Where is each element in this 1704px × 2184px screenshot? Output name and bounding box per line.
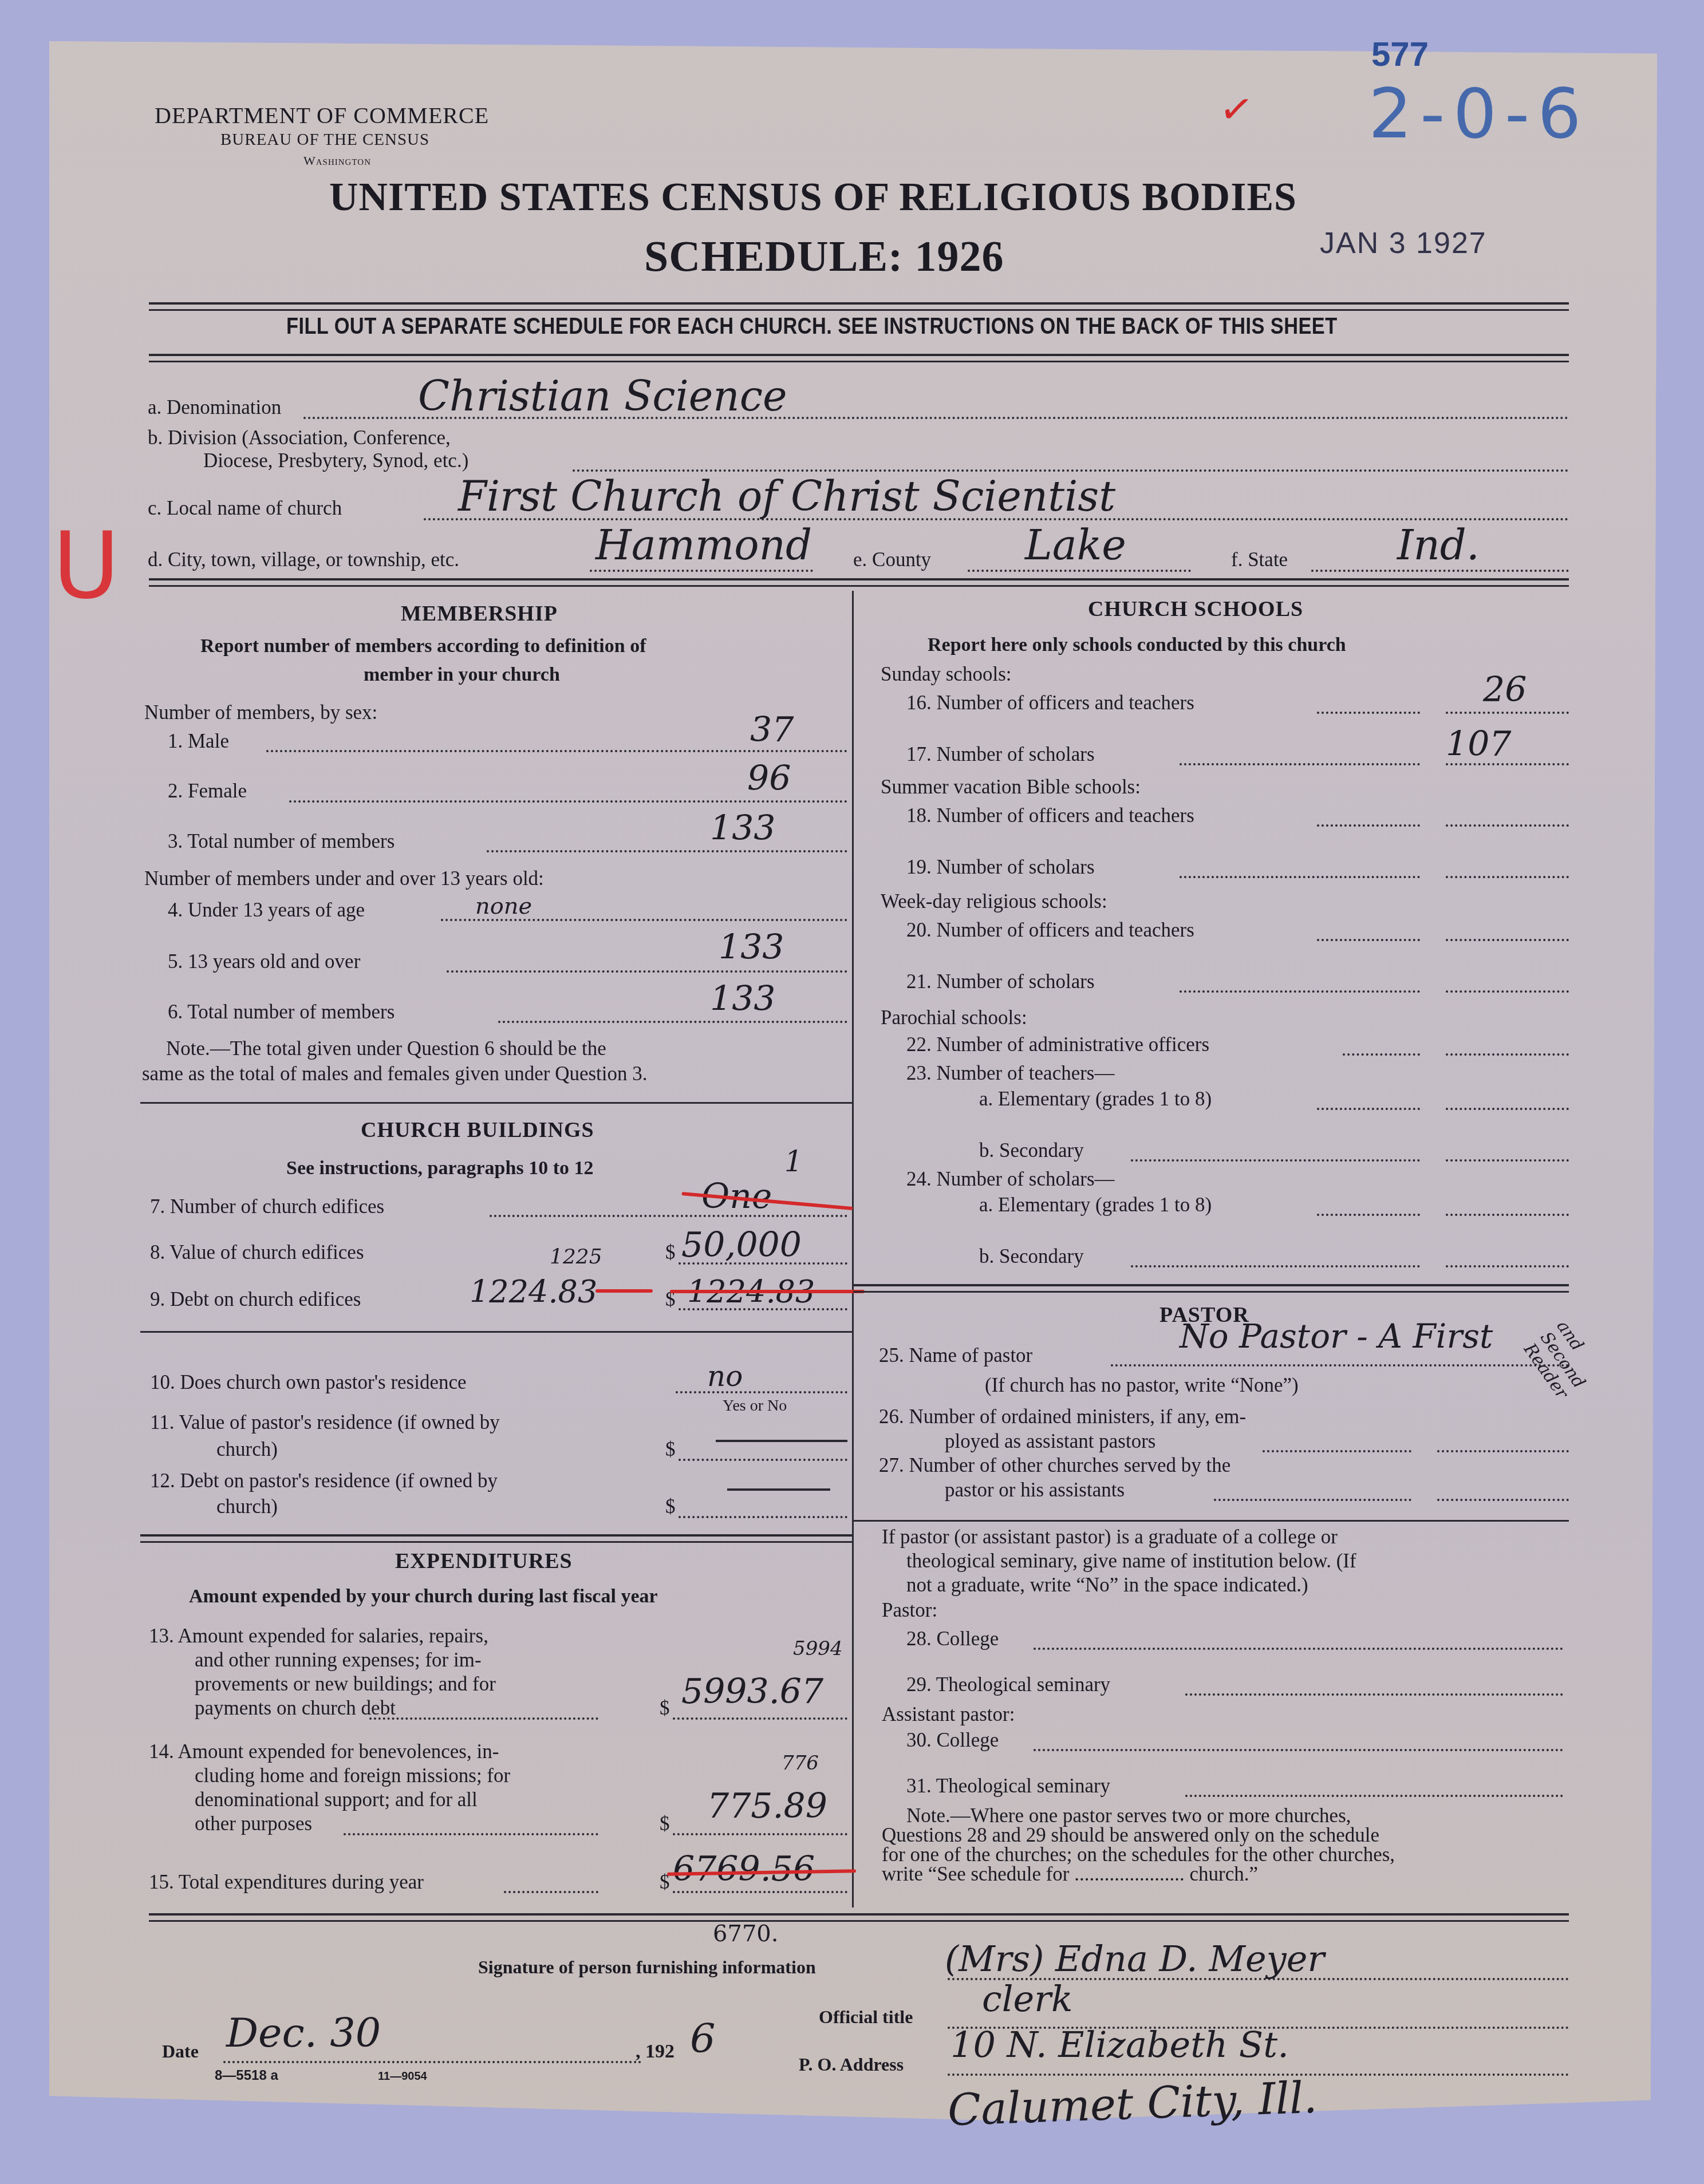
signature-label: Signature of person furnishing informati… xyxy=(478,1957,816,1978)
weekday-scholars-leader xyxy=(1180,990,1420,993)
graduate-instruction: If pastor (or assistant pastor) is a gra… xyxy=(882,1526,1338,1549)
residence-value-field[interactable] xyxy=(679,1459,847,1461)
residence-rule xyxy=(140,1534,852,1537)
division-label: b. Division (Association, Conference, xyxy=(148,426,451,449)
scholars-elementary-label: a. Elementary (grades 1 to 8) xyxy=(979,1194,1212,1217)
residence-debt-label: 12. Debt on pastor's residence (if owned… xyxy=(150,1470,498,1492)
membership-subheading-cont: member in your church xyxy=(364,664,560,686)
total-expenditures-line xyxy=(673,1891,847,1893)
benevolences-label-4: other purposes xyxy=(195,1812,312,1835)
schools-rule xyxy=(853,1284,1569,1286)
form-number: 8—5518 a xyxy=(215,2068,278,2084)
edifices-debt-correction: 1225 xyxy=(550,1245,602,1269)
official-title-label: Official title xyxy=(819,2007,913,2028)
summer-scholars-leader xyxy=(1180,876,1420,878)
parochial-schools-label: Parochial schools: xyxy=(881,1006,1027,1029)
residence-value-dash xyxy=(716,1440,847,1442)
weekday-scholars-field[interactable] xyxy=(1446,990,1569,993)
year-prefix: , 192 xyxy=(636,2041,674,2063)
teachers-elementary-label: a. Elementary (grades 1 to 8) xyxy=(979,1088,1212,1111)
scholars-elementary-field[interactable] xyxy=(1446,1214,1569,1216)
summer-scholars-field[interactable] xyxy=(1446,876,1569,878)
membership-note-cont: same as the total of males and females g… xyxy=(142,1061,648,1087)
yes-no-hint: Yes or No xyxy=(723,1397,787,1415)
county-line xyxy=(968,570,1191,572)
total-members-6-line xyxy=(498,1021,847,1023)
sunday-officers-line xyxy=(1446,712,1569,714)
teachers-secondary-leader xyxy=(1131,1159,1420,1162)
header-rule xyxy=(149,302,1569,305)
residence-value-prefix: $ xyxy=(665,1438,676,1461)
running-expenses-line xyxy=(673,1717,847,1720)
owns-residence-label: 10. Does church own pastor's residence xyxy=(150,1371,467,1394)
department-label: DEPARTMENT OF COMMERCE xyxy=(155,102,489,129)
scholars-secondary-leader xyxy=(1131,1265,1420,1267)
date-label: Date xyxy=(162,2041,199,2062)
running-expenses-correction: 5994 xyxy=(793,1637,843,1660)
local-name-field[interactable]: First Church of Christ Scientist xyxy=(458,472,1115,520)
graduate-instruction-2: theological seminary, give name of insti… xyxy=(906,1550,1356,1573)
benevolences-leader xyxy=(344,1833,598,1835)
pastor-name-line xyxy=(1111,1364,1569,1367)
year-field[interactable]: 6 xyxy=(690,2015,716,2062)
red-strikethrough xyxy=(595,1289,653,1293)
sunday-scholars-leader xyxy=(1180,763,1420,765)
male-label: 1. Male xyxy=(168,730,229,753)
graduate-instruction-3: not a graduate, write “No” in the space … xyxy=(906,1574,1308,1597)
male-line xyxy=(266,750,847,752)
owns-residence-line xyxy=(676,1391,847,1393)
total-expenditures-label: 15. Total expenditures during year xyxy=(149,1871,424,1894)
running-expenses-label-3: provements or new buildings; and for xyxy=(195,1673,496,1696)
admin-officers-field[interactable] xyxy=(1446,1053,1569,1056)
parochial-scholars-label: 24. Number of scholars— xyxy=(906,1168,1115,1191)
residence-value-label: 11. Value of pastor's residence (if owne… xyxy=(150,1411,500,1434)
edifices-value-field[interactable]: 50,000 xyxy=(681,1225,802,1265)
city-town-label: d. City, town, village, or township, etc… xyxy=(148,548,459,571)
membership-subheading: Report number of members according to de… xyxy=(200,635,646,657)
assistant-college-label: 30. College xyxy=(906,1729,999,1752)
total-members-label: 3. Total number of members xyxy=(168,830,395,853)
church-schools-heading: CHURCH SCHOOLS xyxy=(1088,597,1303,622)
file-number-stamp: 577 xyxy=(1371,34,1429,74)
column-divider xyxy=(852,591,854,1907)
weekday-officers-field[interactable] xyxy=(1446,939,1569,941)
city-label: Washington xyxy=(303,153,371,168)
benevolences-label-3: denominational support; and for all xyxy=(195,1788,478,1811)
total-expenditures-leader xyxy=(504,1891,598,1893)
benevolences-label: 14. Amount expended for benevolences, in… xyxy=(149,1740,499,1763)
benevolences-correction: 776 xyxy=(782,1752,819,1775)
schedule-title: SCHEDULE: 1926 xyxy=(644,232,1004,282)
membership-heading: MEMBERSHIP xyxy=(401,601,558,626)
over-13-label: 5. 13 years old and over xyxy=(168,950,360,973)
local-name-label: c. Local name of church xyxy=(148,497,342,520)
ordained-ministers-field[interactable] xyxy=(1437,1450,1569,1452)
weekday-officers-label: 20. Number of officers and teachers xyxy=(906,919,1194,942)
footer-rule xyxy=(149,1913,1569,1916)
edifices-count-line xyxy=(490,1215,847,1217)
division-field[interactable] xyxy=(573,469,1569,472)
sunday-schools-label: Sunday schools: xyxy=(881,663,1011,686)
total-members-line xyxy=(487,850,847,852)
total-members-6-field[interactable]: 133 xyxy=(710,979,776,1019)
bureau-label: BUREAU OF THE CENSUS xyxy=(220,131,429,149)
benevolences-label-2: cluding home and foreign missions; for xyxy=(195,1764,510,1787)
red-strikethrough xyxy=(670,1290,865,1293)
female-label: 2. Female xyxy=(168,780,247,803)
owns-residence-field[interactable]: no xyxy=(707,1360,743,1393)
summer-officers-label: 18. Number of officers and teachers xyxy=(906,804,1194,827)
by-sex-label: Number of members, by sex: xyxy=(144,701,377,724)
female-field[interactable]: 96 xyxy=(747,759,791,799)
assistant-college-field[interactable] xyxy=(1034,1749,1563,1751)
county-field[interactable]: Lake xyxy=(1025,521,1126,569)
other-churches-field[interactable] xyxy=(1437,1499,1569,1501)
sunday-scholars-field[interactable]: 107 xyxy=(1446,724,1512,764)
date-line xyxy=(223,2061,641,2063)
teachers-label: 23. Number of teachers— xyxy=(906,1062,1114,1085)
scholars-secondary-label: b. Secondary xyxy=(979,1245,1084,1268)
under-13-field[interactable]: none xyxy=(475,893,532,919)
city-field[interactable]: Hammond xyxy=(595,521,812,569)
code-stamp: 2-0-6 xyxy=(1368,74,1589,154)
teachers-elementary-field[interactable] xyxy=(1446,1108,1569,1110)
sunday-officers-label: 16. Number of officers and teachers xyxy=(906,692,1194,714)
buildings-rule xyxy=(140,1331,852,1333)
summer-officers-leader xyxy=(1317,824,1420,827)
pastor-education-label: Pastor: xyxy=(882,1599,937,1622)
admin-officers-leader xyxy=(1343,1053,1420,1056)
city-line xyxy=(590,570,813,572)
benevolences-prefix: $ xyxy=(660,1812,670,1835)
female-line xyxy=(289,800,847,803)
ordained-ministers-label: 26. Number of ordained ministers, if any… xyxy=(879,1405,1246,1428)
membership-note: Note.—The total given under Question 6 s… xyxy=(166,1036,606,1061)
weekday-schools-label: Week-day religious schools: xyxy=(881,890,1107,913)
church-schools-subheading: Report here only schools conducted by th… xyxy=(928,634,1346,656)
print-number: 11—9054 xyxy=(378,2070,427,2083)
instruction-banner: FILL OUT A SEPARATE SCHEDULE FOR EACH CH… xyxy=(286,314,1338,339)
other-churches-leader xyxy=(1214,1499,1411,1501)
over-13-field[interactable]: 133 xyxy=(719,927,784,967)
over-13-line xyxy=(447,970,847,973)
check-mark-icon: ✓ xyxy=(1217,84,1256,135)
teachers-secondary-field[interactable] xyxy=(1446,1159,1569,1162)
official-title-field[interactable]: clerk xyxy=(982,1978,1072,2020)
scholars-secondary-field[interactable] xyxy=(1446,1265,1569,1267)
running-expenses-label: 13. Amount expended for salaries, repair… xyxy=(149,1625,488,1648)
residence-debt-field[interactable] xyxy=(679,1516,847,1518)
residence-debt-dash xyxy=(727,1488,830,1491)
pastor-note-4: write “See schedule for ................… xyxy=(882,1862,1258,1887)
pastor-name-label: 25. Name of pastor xyxy=(879,1344,1032,1367)
other-churches-label: 27. Number of other churches served by t… xyxy=(879,1454,1230,1477)
assistant-seminary-field[interactable] xyxy=(1185,1795,1563,1797)
teachers-secondary-label: b. Secondary xyxy=(979,1139,1084,1162)
under-13-label: 4. Under 13 years of age xyxy=(168,899,365,922)
running-expenses-leader xyxy=(369,1717,598,1720)
denomination-field[interactable]: Christian Science xyxy=(418,372,787,420)
weekday-officers-leader xyxy=(1317,939,1420,941)
pastor-name-field[interactable]: No Pastor - A First xyxy=(1180,1317,1493,1356)
po-address-label: P. O. Address xyxy=(799,2054,904,2075)
state-label: f. State xyxy=(1231,548,1288,571)
summer-scholars-label: 19. Number of scholars xyxy=(906,856,1095,879)
pastor-college-field[interactable] xyxy=(1034,1648,1563,1650)
edifices-correction: 1 xyxy=(784,1145,803,1178)
membership-rule xyxy=(140,1102,852,1104)
ordained-ministers-label-cont: ployed as assistant pastors xyxy=(945,1430,1155,1453)
page-title: UNITED STATES CENSUS OF RELIGIOUS BODIES xyxy=(329,175,1297,220)
pastor-none-hint: (If church has no pastor, write “None”) xyxy=(985,1374,1299,1397)
pastor-college-label: 28. College xyxy=(906,1628,999,1650)
total-members-6-label: 6. Total number of members xyxy=(168,1001,395,1024)
identification-rule xyxy=(149,578,1569,580)
division-label-cont: Diocese, Presbytery, Synod, etc.) xyxy=(203,449,468,472)
signature-field[interactable]: (Mrs) Edna D. Meyer xyxy=(945,1938,1324,1980)
state-line xyxy=(1311,570,1569,572)
benevolences-line xyxy=(673,1833,847,1835)
summer-schools-label: Summer vacation Bible schools: xyxy=(881,776,1141,799)
summer-officers-field[interactable] xyxy=(1446,824,1569,827)
church-buildings-heading: CHURCH BUILDINGS xyxy=(361,1117,594,1143)
scholars-elementary-leader xyxy=(1317,1214,1420,1216)
total-expenditures-correction: 6770. xyxy=(713,1921,779,1947)
expenditures-subheading: Amount expended by your church during la… xyxy=(189,1586,658,1608)
pastor-seminary-field[interactable] xyxy=(1185,1693,1563,1696)
sunday-officers-field[interactable]: 26 xyxy=(1483,670,1527,710)
assistant-education-label: Assistant pastor: xyxy=(882,1703,1015,1726)
sunday-scholars-label: 17. Number of scholars xyxy=(906,743,1095,766)
edifices-value-prefix: $ xyxy=(665,1241,676,1264)
church-buildings-subheading: See instructions, paragraphs 10 to 12 xyxy=(286,1158,593,1179)
edifices-value-label: 8. Value of church edifices xyxy=(150,1241,364,1264)
received-date-stamp: JAN 3 1927 xyxy=(1320,226,1487,260)
sunday-officers-leader xyxy=(1317,712,1420,714)
other-churches-label-cont: pastor or his assistants xyxy=(945,1479,1125,1502)
denomination-label: a. Denomination xyxy=(148,396,281,419)
weekday-scholars-label: 21. Number of scholars xyxy=(906,970,1095,993)
pastor-seminary-label: 29. Theological seminary xyxy=(906,1673,1110,1696)
ordained-ministers-leader xyxy=(1263,1450,1411,1452)
edifices-debt-label: 9. Debt on church edifices xyxy=(150,1288,361,1311)
running-expenses-prefix: $ xyxy=(660,1697,670,1720)
banner-rule xyxy=(149,354,1569,356)
margin-mark: U xyxy=(53,512,120,619)
assistant-seminary-label: 31. Theological seminary xyxy=(906,1775,1110,1798)
benevolences-field[interactable]: 775.89 xyxy=(707,1786,827,1826)
residence-debt-prefix: $ xyxy=(665,1495,676,1518)
edifices-count-label: 7. Number of church edifices xyxy=(150,1195,384,1218)
expenditures-heading: EXPENDITURES xyxy=(395,1549,573,1574)
by-age-label: Number of members under and over 13 year… xyxy=(144,867,544,890)
pastor-rule xyxy=(853,1520,1569,1522)
admin-officers-label: 22. Number of administrative officers xyxy=(906,1033,1209,1056)
total-expenditures-field[interactable]: 6769.56 xyxy=(673,1849,815,1889)
running-expenses-label-2: and other running expenses; for im- xyxy=(195,1649,482,1672)
county-label: e. County xyxy=(853,548,931,571)
male-field[interactable]: 37 xyxy=(750,710,794,750)
date-field[interactable]: Dec. 30 xyxy=(226,2009,381,2056)
edifices-debt-original: 1224.83 xyxy=(470,1274,597,1310)
state-field[interactable]: Ind. xyxy=(1397,521,1480,569)
running-expenses-label-4: payments on church debt xyxy=(195,1697,396,1720)
total-members-field[interactable]: 133 xyxy=(710,808,776,848)
po-address-field[interactable]: 10 N. Elizabeth St. xyxy=(950,2024,1289,2065)
residence-debt-label-cont: church) xyxy=(216,1495,278,1518)
teachers-elementary-leader xyxy=(1317,1108,1420,1110)
residence-value-label-cont: church) xyxy=(216,1438,278,1461)
running-expenses-field[interactable]: 5993.67 xyxy=(681,1672,823,1712)
